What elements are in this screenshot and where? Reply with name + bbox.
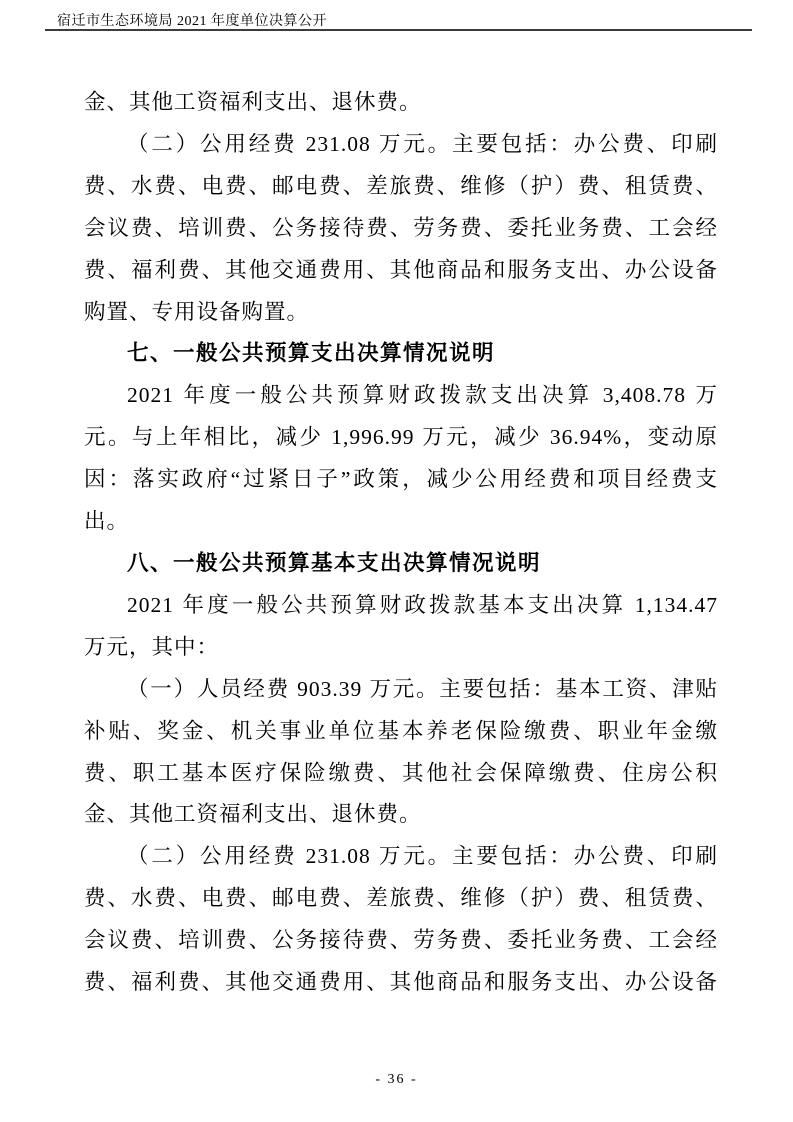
text-line: 金、其他工资福利支出、退休费。 [84,82,718,124]
text-line: 会议费、培训费、公务接待费、劳务费、委托业务费、工会经 [84,208,718,250]
section-heading: 八、一般公共预算基本支出决算情况说明 [84,543,718,585]
text-line: 费、职工基本医疗保险缴费、其他社会保障缴费、住房公积 [84,753,718,795]
text-line: 费、福利费、其他交通费用、其他商品和服务支出、办公设备 [84,250,718,292]
header-rule [45,29,752,31]
text-line: 补贴、奖金、机关事业单位基本养老保险缴费、职业年金缴 [84,711,718,753]
text-line: 2021 年度一般公共预算财政拨款支出决算 3,408.78 万 [84,375,718,417]
text-line: 费、福利费、其他交通费用、其他商品和服务支出、办公设备 [84,962,718,1004]
text-line: 费、水费、电费、邮电费、差旅费、维修（护）费、租赁费、 [84,878,718,920]
text-line: 费、水费、电费、邮电费、差旅费、维修（护）费、租赁费、 [84,166,718,208]
text-line: （一）人员经费 903.39 万元。主要包括：基本工资、津贴 [84,669,718,711]
text-line: 万元，其中： [84,627,718,669]
document-page: 宿迁市生态环境局 2021 年度单位决算公开 金、其他工资福利支出、退休费。 （… [0,0,793,1122]
text-line: 出。 [84,501,718,543]
text-line: 因：落实政府“过紧日子”政策，减少公用经费和项目经费支 [84,459,718,501]
text-line: 购置、专用设备购置。 [84,292,718,334]
document-body: 金、其他工资福利支出、退休费。 （二）公用经费 231.08 万元。主要包括：办… [84,82,718,1004]
text-line: （二）公用经费 231.08 万元。主要包括：办公费、印刷 [84,836,718,878]
text-line: 2021 年度一般公共预算财政拨款基本支出决算 1,134.47 [84,585,718,627]
text-line: 金、其他工资福利支出、退休费。 [84,794,718,836]
page-number: - 36 - [0,1072,793,1088]
text-line: 会议费、培训费、公务接待费、劳务费、委托业务费、工会经 [84,920,718,962]
section-heading: 七、一般公共预算支出决算情况说明 [84,333,718,375]
text-line: 元。与上年相比，减少 1,996.99 万元，减少 36.94%，变动原 [84,417,718,459]
text-line: （二）公用经费 231.08 万元。主要包括：办公费、印刷 [84,124,718,166]
header-title: 宿迁市生态环境局 2021 年度单位决算公开 [57,10,327,30]
